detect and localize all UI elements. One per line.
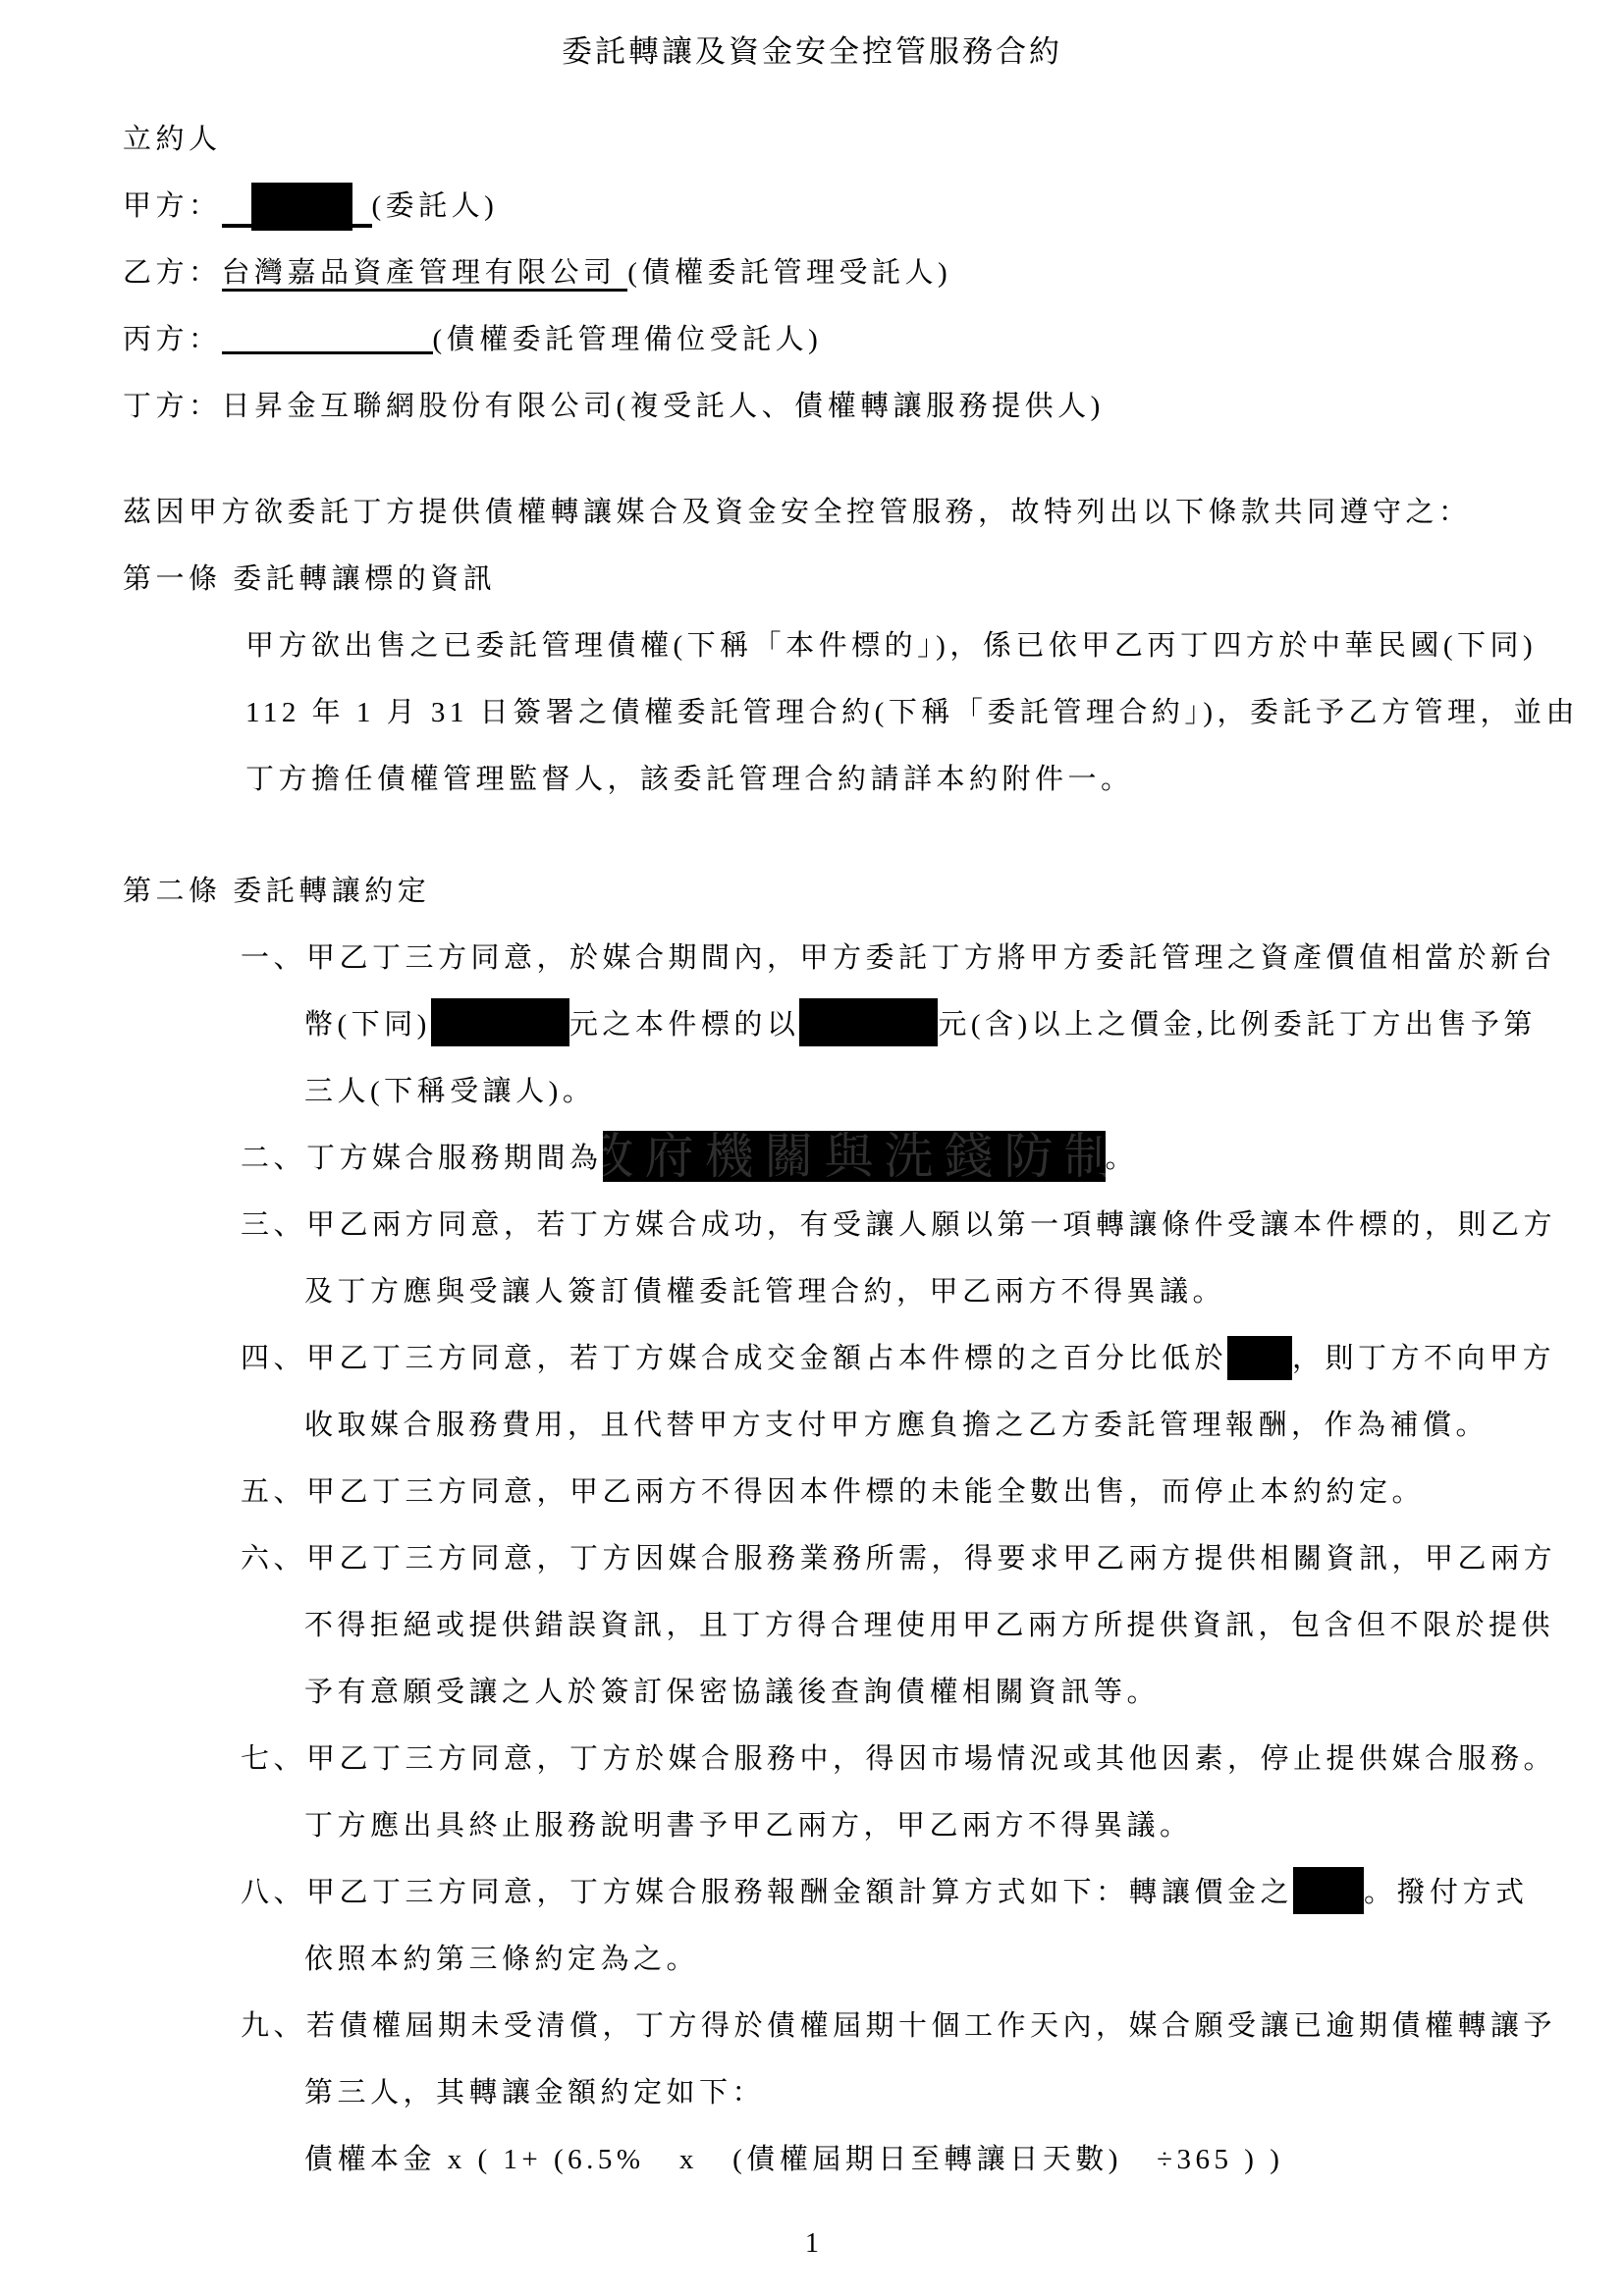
redaction-box <box>431 998 569 1046</box>
party-bing-line: 丙方：(債權委託管理備位受託人) <box>0 306 1624 373</box>
text-run: 第三人，其轉讓金額約定如下： <box>304 2077 765 2109</box>
item-8-line-1: 八、甲乙丁三方同意，丁方媒合服務報酬金額計算方式如下：轉讓價金之。撥付方式 <box>0 1859 1624 1926</box>
signature-area <box>222 183 372 228</box>
text-run: 二、丁方媒合服務期間為 <box>241 1143 603 1174</box>
party-ding-line: 丁方：日昇金互聯網股份有限公司(複受託人、債權轉讓服務提供人) <box>0 373 1624 440</box>
text-run: 九、若債權屆期未受清償，丁方得於債權屆期十個工作天內，媒合願受讓已逾期債權轉讓予 <box>241 2010 1556 2042</box>
text-run: 五、甲乙丁三方同意，甲乙兩方不得因本件標的未能全數出售，而停止本約約定。 <box>241 1476 1425 1508</box>
text-run: 予有意願受讓之人於簽訂保密協議後查詢債權相關資訊等。 <box>304 1677 1160 1708</box>
text-run: ，則丁方不向甲方 <box>1292 1343 1555 1374</box>
text-run: 丁方：日昇金互聯網股份有限公司(複受託人、債權轉讓服務提供人) <box>123 391 1105 422</box>
text-run: 丁方應出具終止服務說明書予甲乙兩方，甲乙兩方不得異議。 <box>304 1810 1193 1842</box>
text-run: 依照本約第三條約定為之。 <box>304 1944 699 1975</box>
text-run: 丁方擔任債權管理監督人，該委託管理合約請詳本約附件一。 <box>245 764 1134 795</box>
redaction-box <box>799 998 938 1046</box>
watermark-redaction-box: 政府機關與洗錢防制 <box>603 1131 1106 1182</box>
text-run: 三、甲乙兩方同意，若丁方媒合成功，有受讓人願以第一項轉讓條件受讓本件標的，則乙方 <box>241 1209 1556 1241</box>
text-run: 立約人 <box>123 124 222 155</box>
text-run: (債權委託管理受託人) <box>627 257 951 289</box>
text-run: 收取媒合服務費用，且代替甲方支付甲方應負擔之乙方委託管理報酬，作為補償。 <box>304 1410 1489 1441</box>
text-run: 第二條 委託轉讓約定 <box>123 876 430 907</box>
item-9-line-1: 九、若債權屆期未受清償，丁方得於債權屆期十個工作天內，媒合願受讓已逾期債權轉讓予 <box>0 1993 1624 2059</box>
text-run: 丙方： <box>123 324 222 355</box>
blank-underline <box>222 320 433 354</box>
item-7-line-1: 七、甲乙丁三方同意，丁方於媒合服務中，得因市場情況或其他因素，停止提供媒合服務。 <box>0 1726 1624 1792</box>
item-9-line-3: 債權本金 x ( 1+ (6.5% x (債權屆期日至轉讓日天數) ÷365 )… <box>0 2126 1624 2193</box>
text-run: 。 <box>1106 1143 1139 1174</box>
item-3-line-2: 及丁方應與受讓人簽訂債權委託管理合約，甲乙兩方不得異議。 <box>0 1258 1624 1325</box>
text-run: 甲方： <box>123 190 222 222</box>
redaction-box <box>1227 1336 1292 1380</box>
item-9-line-2: 第三人，其轉讓金額約定如下： <box>0 2059 1624 2126</box>
article-1-line-2: 112 年 1 月 31 日簽署之債權委託管理合約(下稱「委託管理合約」)，委託… <box>0 679 1624 746</box>
item-1-line-2: 幣(下同)元之本件標的以元(含)以上之價金,比例委託丁方出售予第 <box>0 991 1624 1058</box>
item-7-line-2: 丁方應出具終止服務說明書予甲乙兩方，甲乙兩方不得異議。 <box>0 1792 1624 1859</box>
parties-heading: 立約人 <box>0 106 1624 173</box>
party-yi-line: 乙方：台灣嘉品資產管理有限公司 (債權委託管理受託人) <box>0 240 1624 306</box>
redaction-box <box>251 183 352 231</box>
text-run: 甲方欲出售之已委託管理債權(下稱「本件標的」)，係已依甲乙丙丁四方於中華民國(下… <box>245 630 1537 662</box>
item-3-line-1: 三、甲乙兩方同意，若丁方媒合成功，有受讓人願以第一項轉讓條件受讓本件標的，則乙方 <box>0 1192 1624 1258</box>
text-run: 第一條 委託轉讓標的資訊 <box>123 563 496 595</box>
article-1-heading: 第一條 委託轉讓標的資訊 <box>0 546 1624 613</box>
contract-title: 委託轉讓及資金安全控管服務合約 <box>0 0 1624 71</box>
text-run: 四、甲乙丁三方同意，若丁方媒合成交金額占本件標的之百分比低於 <box>241 1343 1227 1374</box>
article-1-line-3: 丁方擔任債權管理監督人，該委託管理合約請詳本約附件一。 <box>0 746 1624 813</box>
text-run: 乙方： <box>123 257 222 289</box>
item-4-line-2: 收取媒合服務費用，且代替甲方支付甲方應負擔之乙方委託管理報酬，作為補償。 <box>0 1392 1624 1459</box>
text-run: 幣(下同) <box>304 1009 431 1041</box>
text-run: 不得拒絕或提供錯誤資訊，且丁方得合理使用甲乙兩方所提供資訊，包含但不限於提供 <box>304 1610 1554 1641</box>
page-number: 1 <box>0 2224 1624 2264</box>
item-6-line-3: 予有意願受讓之人於簽訂保密協議後查詢債權相關資訊等。 <box>0 1659 1624 1726</box>
text-run: (債權委託管理備位受託人) <box>433 324 823 355</box>
text-run: 元(含)以上之價金,比例委託丁方出售予第 <box>938 1009 1537 1041</box>
article-1-line-1: 甲方欲出售之已委託管理債權(下稱「本件標的」)，係已依甲乙丙丁四方於中華民國(下… <box>0 613 1624 679</box>
item-8-line-2: 依照本約第三條約定為之。 <box>0 1926 1624 1993</box>
text-run: 三人(下稱受讓人)。 <box>304 1076 595 1107</box>
item-4-line-1: 四、甲乙丁三方同意，若丁方媒合成交金額占本件標的之百分比低於，則丁方不向甲方 <box>0 1325 1624 1392</box>
text-run: 七、甲乙丁三方同意，丁方於媒合服務中，得因市場情況或其他因素，停止提供媒合服務。 <box>241 1743 1556 1775</box>
text-run: 元之本件標的以 <box>569 1009 800 1041</box>
text-run: 。撥付方式 <box>1364 1877 1529 1908</box>
text-run: (委託人) <box>372 190 499 222</box>
article-2-heading: 第二條 委託轉讓約定 <box>0 858 1624 925</box>
item-6-line-2: 不得拒絕或提供錯誤資訊，且丁方得合理使用甲乙兩方所提供資訊，包含但不限於提供 <box>0 1592 1624 1659</box>
redaction-box <box>1293 1867 1364 1914</box>
text-run: 茲因甲方欲委託丁方提供債權轉讓媒合及資金安全控管服務，故特列出以下條款共同遵守之… <box>123 497 1472 528</box>
item-2-line-1: 二、丁方媒合服務期間為政府機關與洗錢防制。 <box>0 1125 1624 1192</box>
party-jia-line: 甲方：(委託人) <box>0 173 1624 240</box>
text-run: 112 年 1 月 31 日簽署之債權委託管理合約(下稱「委託管理合約」)，委託… <box>245 697 1579 728</box>
item-1-line-3: 三人(下稱受讓人)。 <box>0 1058 1624 1125</box>
preamble: 茲因甲方欲委託丁方提供債權轉讓媒合及資金安全控管服務，故特列出以下條款共同遵守之… <box>0 479 1624 546</box>
item-6-line-1: 六、甲乙丁三方同意，丁方因媒合服務業務所需，得要求甲乙兩方提供相關資訊，甲乙兩方 <box>0 1525 1624 1592</box>
document-page: 委託轉讓及資金安全控管服務合約 立約人甲方：(委託人)乙方：台灣嘉品資產管理有限… <box>0 0 1624 2296</box>
doc-body: 立約人甲方：(委託人)乙方：台灣嘉品資產管理有限公司 (債權委託管理受託人)丙方… <box>0 106 1624 2193</box>
text-run: 債權本金 x ( 1+ (6.5% x (債權屆期日至轉讓日天數) ÷365 )… <box>304 2144 1283 2175</box>
text-run: 六、甲乙丁三方同意，丁方因媒合服務業務所需，得要求甲乙兩方提供相關資訊，甲乙兩方 <box>241 1543 1556 1575</box>
text-run: 一、甲乙丁三方同意，於媒合期間內，甲方委託丁方將甲方委託管理之資產價值相當於新台 <box>241 942 1556 974</box>
text-run: 八、甲乙丁三方同意，丁方媒合服務報酬金額計算方式如下：轉讓價金之 <box>241 1877 1293 1908</box>
text-run: 及丁方應與受讓人簽訂債權委託管理合約，甲乙兩方不得異議。 <box>304 1276 1225 1308</box>
underlined-text: 台灣嘉品資產管理有限公司 <box>222 257 628 292</box>
item-5-line-1: 五、甲乙丁三方同意，甲乙兩方不得因本件標的未能全數出售，而停止本約約定。 <box>0 1459 1624 1525</box>
item-1-line-1: 一、甲乙丁三方同意，於媒合期間內，甲方委託丁方將甲方委託管理之資產價值相當於新台 <box>0 925 1624 991</box>
